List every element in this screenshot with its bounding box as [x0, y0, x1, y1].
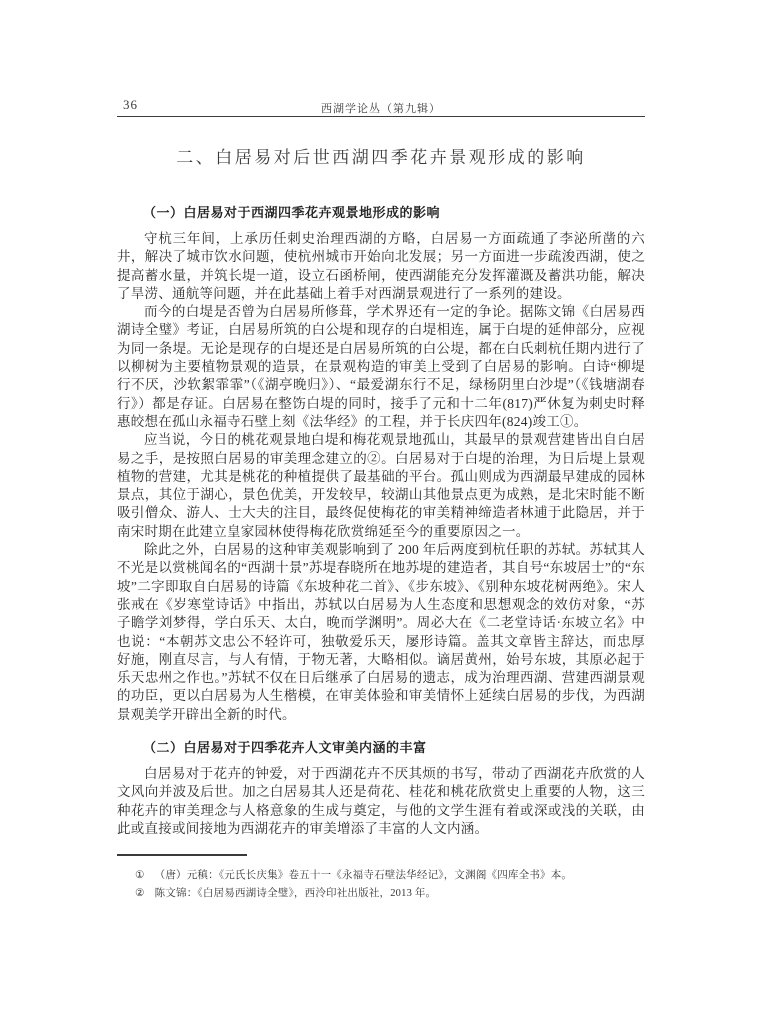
- section-1-paragraph-2: 而今的白堤是否曾为白居易所修葺，学术界还有一定的争论。据陈文锦《白居易西湖诗全璧…: [117, 303, 645, 431]
- journal-title: 西湖学论丛（第九辑）: [117, 100, 645, 116]
- section-1-paragraph-1: 守杭三年间，上承历任刺史治理西湖的方略，白居易一方面疏通了李泌所凿的六井，解决了…: [117, 230, 645, 303]
- section-2-paragraph-1: 白居易对于花卉的钟爱，对于西湖花卉不厌其烦的书写，带动了西湖花卉欣赏的人文风向并…: [117, 765, 645, 838]
- scanned-book-page: 36 西湖学论丛（第九辑） 二、白居易对后世西湖四季花卉景观形成的影响 （一）白…: [0, 0, 762, 1014]
- running-head: 36 西湖学论丛（第九辑）: [117, 96, 645, 117]
- page-content-area: 36 西湖学论丛（第九辑） 二、白居易对后世西湖四季花卉景观形成的影响 （一）白…: [117, 96, 645, 902]
- footnote-divider: [117, 854, 247, 856]
- section-2-heading: （二）白居易对于四季花卉人文审美内涵的丰富: [117, 737, 645, 756]
- section-1-paragraph-4: 除此之外，白居易的这种审美观影响到了 200 年后两度到杭任职的苏轼。苏轼其人不…: [117, 541, 645, 724]
- section-1-paragraph-3: 应当说，今日的桃花观景地白堤和梅花观景地孤山，其最早的景观营建皆出自白居易之手，…: [117, 431, 645, 541]
- footnote-1-text: （唐）元稹：《元氏长庆集》卷五十一《永福寺石壁法华经记》，文渊阁《四库全书》本。: [155, 867, 645, 885]
- footnote-1-marker: ①: [135, 867, 145, 885]
- article-title: 二、白居易对后世西湖四季花卉景观形成的影响: [117, 143, 645, 168]
- footnote-2-text: 陈文锦：《白居易西湖诗全璧》，西泠印社出版社，2013 年。: [155, 885, 645, 903]
- footnote-2-marker: ②: [135, 885, 145, 903]
- section-1-heading: （一）白居易对于西湖四季花卉观景地形成的影响: [117, 202, 645, 221]
- footnote-2: ② 陈文锦：《白居易西湖诗全璧》，西泠印社出版社，2013 年。: [117, 885, 645, 903]
- footnote-1: ① （唐）元稹：《元氏长庆集》卷五十一《永福寺石壁法华经记》，文渊阁《四库全书》…: [117, 867, 645, 885]
